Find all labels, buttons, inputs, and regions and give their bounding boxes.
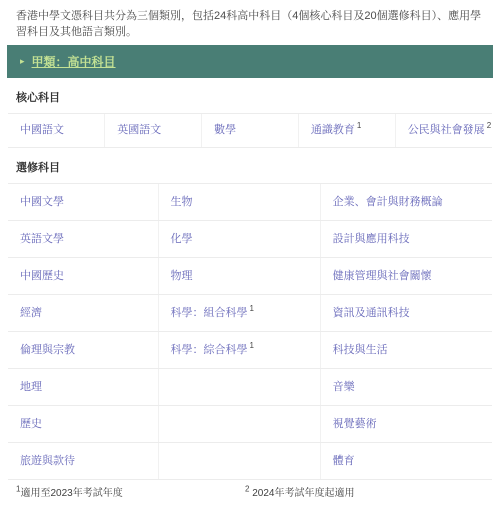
subject-link[interactable]: 倫理與宗教 — [20, 344, 77, 356]
subject-link[interactable]: 音樂 — [333, 381, 357, 393]
core-subjects-table: 中國語文 英國語文 數學 通識教育1 公民與社會發展2 — [8, 113, 492, 148]
elective-cell: 經濟 — [8, 295, 158, 332]
subject-link[interactable]: 視覺藝術 — [333, 418, 379, 430]
core-cell: 通識教育1 — [298, 114, 395, 148]
subject-link[interactable]: 通識教育1 — [311, 124, 361, 136]
elective-cell: 科技與生活 — [320, 332, 492, 369]
subject-link[interactable]: 旅遊與款待 — [20, 455, 77, 467]
subject-link[interactable]: 數學 — [214, 124, 238, 136]
core-cell: 公民與社會發展2 — [395, 114, 492, 148]
subject-link[interactable]: 企業、會計與財務概論 — [333, 196, 445, 208]
subject-link[interactable]: 地理 — [20, 381, 44, 393]
subject-link[interactable]: 英語文學 — [20, 233, 66, 245]
elective-cell-empty — [158, 406, 320, 443]
elective-subjects-heading: 選修科目 — [16, 161, 484, 175]
subject-link[interactable]: 科技與生活 — [333, 344, 390, 356]
subject-link[interactable]: 物理 — [171, 270, 195, 282]
footnote-1: 1適用至2023年考試年度 — [16, 487, 245, 500]
subject-link[interactable]: 英國語文 — [117, 124, 163, 136]
core-cell: 數學 — [202, 114, 299, 148]
category-banner: ▸ 甲類：高中科目 — [7, 45, 493, 78]
elective-cell: 健康管理與社會關懷 — [320, 258, 492, 295]
expand-arrow-icon: ▸ — [20, 57, 25, 66]
subject-link[interactable]: 歷史 — [20, 418, 44, 430]
elective-cell: 視覺藝術 — [320, 406, 492, 443]
elective-cell-empty — [158, 443, 320, 480]
footnote-marker: 2 — [487, 121, 491, 130]
core-subjects-heading: 核心科目 — [16, 91, 484, 105]
core-cell: 中國語文 — [8, 114, 105, 148]
subject-link[interactable]: 中國歷史 — [20, 270, 66, 282]
table-row: 英語文學 化學 設計與應用科技 — [8, 221, 492, 258]
footnote-marker: 1 — [250, 341, 254, 350]
elective-cell: 倫理與宗教 — [8, 332, 158, 369]
elective-cell: 旅遊與款待 — [8, 443, 158, 480]
subject-link[interactable]: 資訊及通訊科技 — [333, 307, 412, 319]
elective-cell: 科學：綜合科學1 — [158, 332, 320, 369]
table-row: 經濟 科學：組合科學1 資訊及通訊科技 — [8, 295, 492, 332]
table-row: 歷史 視覺藝術 — [8, 406, 492, 443]
table-row: 旅遊與款待 體育 — [8, 443, 492, 480]
subject-link[interactable]: 生物 — [171, 196, 195, 208]
elective-cell: 化學 — [158, 221, 320, 258]
subject-link[interactable]: 公民與社會發展2 — [408, 124, 491, 136]
elective-subjects-table: 中國文學 生物 企業、會計與財務概論 英語文學 化學 設計與應用科技 中國歷史 … — [8, 183, 492, 480]
footnote-marker: 1 — [250, 304, 254, 313]
elective-cell: 音樂 — [320, 369, 492, 406]
subject-link[interactable]: 科學：綜合科學1 — [171, 344, 254, 356]
subject-link[interactable]: 體育 — [333, 455, 357, 467]
footnote-2: 2 2024年考試年度起適用 — [245, 488, 354, 499]
elective-cell: 企業、會計與財務概論 — [320, 184, 492, 221]
elective-cell: 歷史 — [8, 406, 158, 443]
table-row: 中國歷史 物理 健康管理與社會關懷 — [8, 258, 492, 295]
subject-link[interactable]: 中國語文 — [20, 124, 66, 136]
elective-cell: 中國文學 — [8, 184, 158, 221]
subject-link[interactable]: 設計與應用科技 — [333, 233, 412, 245]
elective-cell: 設計與應用科技 — [320, 221, 492, 258]
footnotes: 1適用至2023年考試年度2 2024年考試年度起適用 — [16, 487, 484, 500]
page: 香港中學文憑科目共分為三個類別，包括24科高中科目（4個核心科目及20個選修科目… — [0, 8, 500, 500]
elective-cell: 地理 — [8, 369, 158, 406]
subject-link[interactable]: 化學 — [171, 233, 195, 245]
table-row: 中國文學 生物 企業、會計與財務概論 — [8, 184, 492, 221]
elective-cell: 中國歷史 — [8, 258, 158, 295]
table-row: 倫理與宗教 科學：綜合科學1 科技與生活 — [8, 332, 492, 369]
table-row: 地理 音樂 — [8, 369, 492, 406]
elective-cell: 英語文學 — [8, 221, 158, 258]
elective-cell-empty — [158, 369, 320, 406]
footnote-marker: 1 — [357, 121, 361, 130]
table-row: 中國語文 英國語文 數學 通識教育1 公民與社會發展2 — [8, 114, 492, 148]
subject-link[interactable]: 中國文學 — [20, 196, 66, 208]
subject-link[interactable]: 經濟 — [20, 307, 44, 319]
elective-cell: 資訊及通訊科技 — [320, 295, 492, 332]
elective-cell: 生物 — [158, 184, 320, 221]
elective-cell: 物理 — [158, 258, 320, 295]
elective-cell: 科學：組合科學1 — [158, 295, 320, 332]
elective-cell: 體育 — [320, 443, 492, 480]
subject-link[interactable]: 健康管理與社會關懷 — [333, 270, 434, 282]
intro-paragraph: 香港中學文憑科目共分為三個類別，包括24科高中科目（4個核心科目及20個選修科目… — [16, 8, 484, 40]
core-cell: 英國語文 — [105, 114, 202, 148]
category-a-link[interactable]: 甲類：高中科目 — [32, 53, 116, 70]
subject-link[interactable]: 科學：組合科學1 — [171, 307, 254, 319]
